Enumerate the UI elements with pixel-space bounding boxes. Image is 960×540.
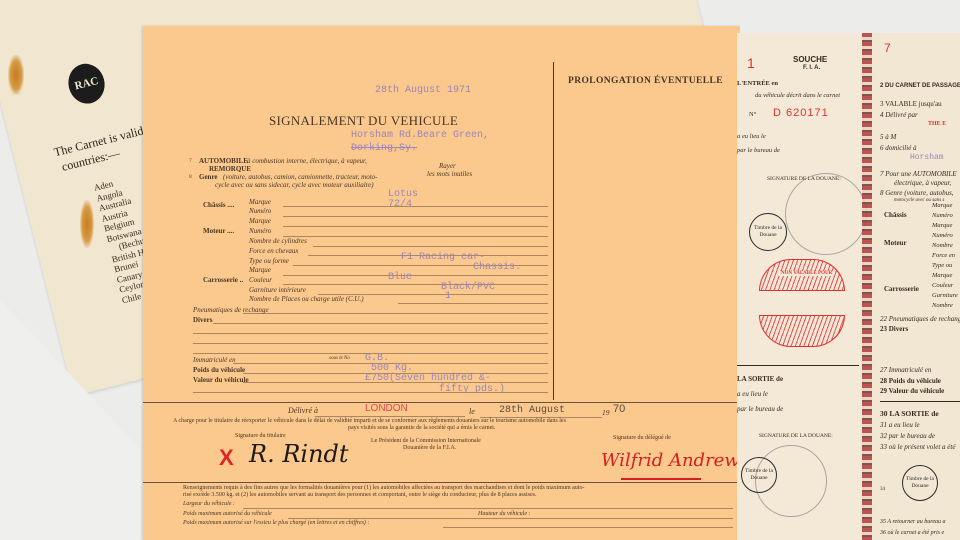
moteur-label: Moteur ....: [203, 227, 234, 235]
clause-31b: risé excède 3.500 kg. et (2) les automob…: [183, 492, 537, 498]
column-divider: [553, 62, 554, 400]
timbre-circle-2: Timbre de la Douane: [741, 457, 777, 493]
rayer-label: Rayer: [439, 162, 456, 170]
customs-stamp: [785, 173, 867, 255]
voucher-page: 7 2 DU CARNET DE PASSAGE 3 VALABLE jusqu…: [872, 33, 960, 540]
clause-30: A charge pour le titulaire de réexporter…: [173, 418, 566, 424]
immatricule-label: Immatriculé en: [193, 356, 236, 364]
valeur-value: £750(Seven hundred &-: [365, 373, 491, 384]
sous-no-label: sous le No: [329, 356, 350, 361]
le-label: le: [469, 407, 475, 416]
timbre-circle: Timbre de la Douane: [902, 465, 938, 501]
chassis-label: Châssis: [884, 211, 907, 219]
moteur-numero-label: Numéro: [249, 227, 271, 235]
a-m-label: 5 à M: [880, 133, 896, 141]
voucher-number: 7: [884, 41, 891, 55]
domicilie-label: 6 domicilié à: [880, 144, 917, 152]
no-label: N°: [749, 111, 756, 118]
pneus-label: Pneumatiques de rechange: [193, 306, 269, 314]
stub-number: 1: [747, 55, 755, 71]
issuer-text: THE E: [928, 121, 946, 127]
automobile-desc: à combustion interne, électrique, à vape…: [247, 157, 367, 165]
entree-label: L'ENTRÉE en: [737, 80, 778, 87]
stub-subtitle: F. I. A.: [803, 65, 820, 71]
item: Type ou: [932, 261, 958, 271]
president-label: Le Président de la Commission Internatio…: [371, 438, 481, 444]
genre-desc: (voiture, autobus, camion, camionnette, …: [223, 173, 378, 181]
item: Numéro: [932, 211, 958, 221]
type-forme-label: Type ou forme: [249, 257, 289, 265]
non-valable-text: NON VALABLE POUR: [779, 271, 834, 276]
souche-stub: 1 SOUCHE F. I. A. L'ENTRÉE en du véhicul…: [737, 33, 870, 540]
valeur-label: Valeur du véhicule: [193, 376, 249, 384]
rayer-label-2: les mots inutiles: [427, 170, 472, 178]
voucher-items: Marque Numéro Marque Numéro Nombre Force…: [932, 201, 958, 311]
rust-stain: [8, 55, 24, 95]
year-prefix: 19: [602, 408, 610, 417]
genre-desc-2: cycle avec ou sans sidecar, cycle avec m…: [215, 181, 374, 189]
typed-date-top: 28th August 1971: [375, 85, 471, 96]
form-title: SIGNALEMENT DU VEHICULE: [269, 113, 458, 129]
holder-signature: R. Rindt: [249, 440, 349, 468]
row-number: 8: [189, 174, 192, 180]
garniture-label: Garniture intérieure: [249, 286, 306, 294]
prolongation-heading: PROLONGATION ÉVENTUELLE: [568, 76, 723, 86]
genre-label: 8 Genre (voiture, autobus,: [880, 189, 954, 197]
lieu2-label: a eu lieu le: [737, 390, 768, 398]
delivre-label: Délivré à: [288, 406, 318, 415]
date-value: 28th August: [499, 405, 565, 416]
volet-label: 33 où le présent volet a été: [880, 443, 955, 451]
lieu-label: 31 a eu lieu le: [880, 421, 920, 429]
rust-stain: [80, 200, 94, 248]
item: Marque: [932, 201, 958, 211]
delivre-value: LONDON: [365, 403, 408, 414]
vehicle-description-form: PROLONGATION ÉVENTUELLE 28th August 1971…: [143, 26, 740, 540]
remorque-label: REMORQUE: [209, 165, 251, 173]
holder-signature-label: Signature du titulaire: [235, 433, 286, 439]
immatricule-label: 27 Immatriculé en: [880, 366, 931, 374]
poids-label: Poids du véhicule: [193, 366, 245, 374]
delivre-label: 4 Délivré par: [880, 111, 918, 119]
item: Marque: [932, 271, 958, 281]
decrit-label: du véhicule décrit dans le carnet: [755, 92, 840, 99]
carnet-number: D 620171: [773, 107, 829, 119]
item: Nombre: [932, 241, 958, 251]
back-text: It is imperative that: [95, 0, 197, 2]
timbre-circle: Timbre de la Douane: [749, 213, 787, 251]
bureau-label: 32 par le bureau de: [880, 432, 935, 440]
genre-label: Genre: [199, 173, 218, 181]
signature-underline: [621, 478, 701, 480]
section-divider: [143, 402, 740, 403]
cylindres-label: Nombre de cylindres: [249, 237, 307, 245]
carrosserie-label: Carrosserie ..: [203, 276, 243, 284]
customs-signature-label-2: SIGNATURE DE LA DOUANE:: [759, 433, 833, 439]
valeur-value-2: fifty pds.): [439, 384, 505, 395]
row-34: 34: [880, 487, 885, 492]
item: Couleur: [932, 281, 958, 291]
sortie-label: LA SORTIE de: [737, 375, 783, 383]
poids-label: 28 Poids du véhicule: [880, 377, 941, 385]
chevaux-label: Force en chevaux: [249, 247, 299, 255]
couleur-label: Couleur: [249, 276, 272, 284]
chassis-numero-value: 72/4: [388, 199, 412, 210]
item: Force en: [932, 251, 958, 261]
pris-label: 36 où le carnet a été pris e: [880, 530, 944, 536]
rac-logo: RAC: [64, 60, 109, 108]
row-number: 7: [189, 158, 192, 164]
automobile-label: AUTOMOBILE: [199, 157, 248, 165]
typed-address-1: Horsham Rd.Beare Green,: [351, 130, 489, 141]
item: Garniture: [932, 291, 958, 301]
clause-31: Renseignements requis à des fins autres …: [183, 485, 584, 491]
chassis-marque-label: Marque: [249, 198, 271, 206]
item: Marque: [932, 221, 958, 231]
section-divider: [143, 482, 740, 483]
signature-x-mark: X: [219, 445, 234, 471]
voucher-divider: [880, 401, 960, 402]
couleur-value: Blue: [388, 272, 412, 283]
divers-label: 23 Divers: [880, 325, 908, 333]
largeur-label: Largeur du véhicule :: [183, 501, 235, 507]
bureau-label: par le bureau de: [737, 147, 780, 154]
chassis-numero-label: Numéro: [249, 207, 271, 215]
moteur-label: Moteur: [884, 239, 907, 247]
typed-address-2: Dorking,Sy.: [351, 143, 417, 154]
poids-max-label: Poids maximum autorisé du véhicule: [183, 511, 272, 517]
valeur-label: 29 Valeur du véhicule: [880, 387, 944, 395]
bureau2-label: par le bureau de: [737, 405, 783, 413]
item: Nombre: [932, 301, 958, 311]
pneus-label: 22 Pneumatiques de rechang: [880, 315, 960, 323]
non-valable-stamp-bottom: [759, 315, 845, 347]
electrique-label: électrique, à vapeur,: [894, 179, 951, 187]
lieu-label: a eu lieu le: [737, 133, 766, 140]
carrosserie-label: Carrosserie: [884, 285, 919, 293]
automobile-label: 7 Pour une AUTOMOBILE: [880, 170, 957, 178]
valable-label: 3 VALABLE jusqu'au: [880, 100, 942, 108]
carnet-passage-label: 2 DU CARNET DE PASSAGE: [880, 83, 960, 89]
moteur-marque-label: Marque: [249, 217, 271, 225]
typed-town: Horsham: [910, 153, 944, 162]
retourner-label: 35 A retourner au bureau a: [880, 519, 946, 525]
item: Numéro: [932, 231, 958, 241]
delegate-signature-label: Signature du délégué de: [613, 435, 671, 441]
places-value: 1: [445, 291, 451, 302]
carrosserie-marque-label: Marque: [249, 266, 271, 274]
hauteur-label: Hauteur du véhicule :: [478, 511, 530, 517]
carrosserie-marque-value: Chassis.: [473, 262, 521, 273]
divers-label: Divers: [193, 316, 212, 324]
sortie-label: 30 LA SORTIE de: [880, 409, 939, 418]
poids-essieu-label: Poids maximum autorisé sur l'essieu le p…: [183, 520, 369, 526]
stub-title: SOUCHE: [793, 55, 827, 64]
places-label: Nombre de Places ou charge utile (C.U.): [249, 295, 364, 303]
president-label-2: Douanière de la F.I.A.: [403, 445, 456, 451]
stub-divider: [737, 365, 859, 366]
year-value: 70: [613, 403, 625, 415]
clause-30b: pays visités sous la garantie de la soci…: [348, 425, 495, 431]
chassis-label: Châssis ....: [203, 201, 234, 209]
delegate-signature: Wilfrid Andrews: [601, 450, 749, 471]
